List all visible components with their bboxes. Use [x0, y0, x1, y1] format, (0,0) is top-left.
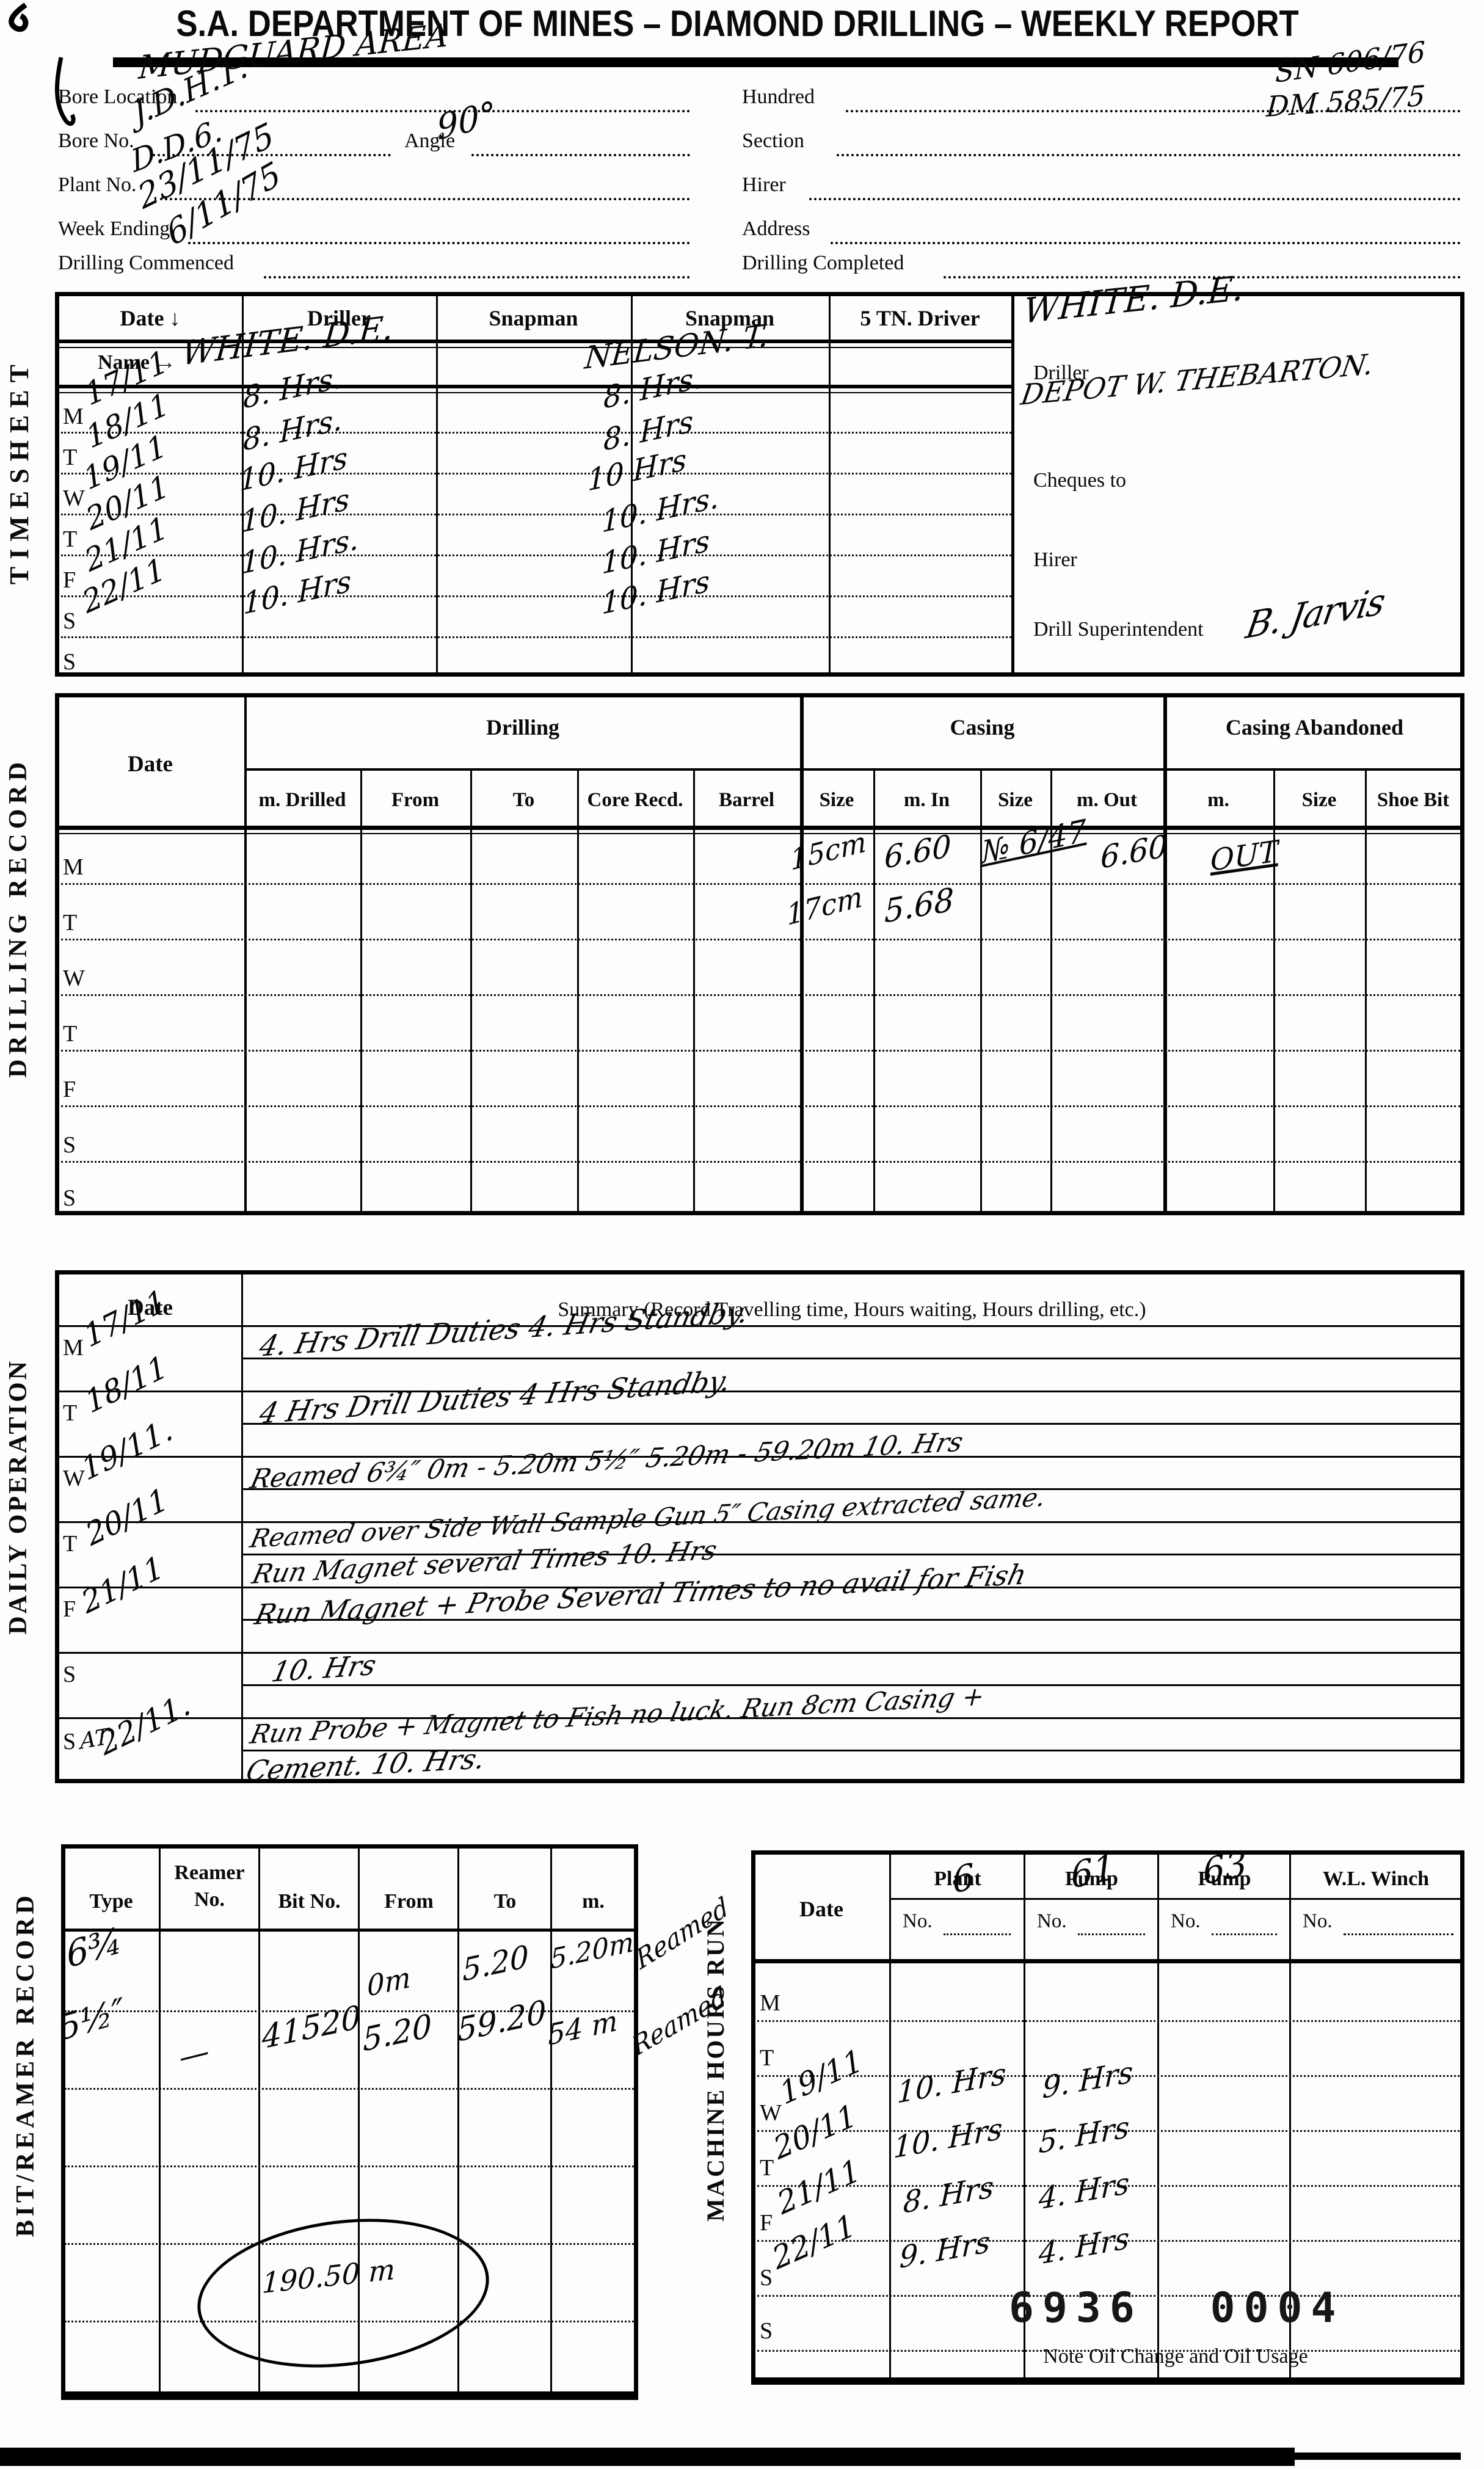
- subcol-shoe-bit: Shoe Bit: [1366, 789, 1460, 812]
- section-line: [837, 154, 1461, 156]
- timesheet-panel-divider: [1011, 296, 1014, 672]
- timesheet-day: S: [63, 608, 76, 635]
- machine-no-line: [1212, 1933, 1277, 1935]
- drilling-day: S: [63, 1185, 76, 1212]
- drilling-sub-divider: [577, 771, 579, 1211]
- timesheet-name-rule: [59, 392, 1011, 393]
- machine-no-label: No.: [1037, 1910, 1067, 1933]
- timesheet-row-line: [61, 432, 1011, 434]
- daily-mid-line: [241, 1488, 1460, 1490]
- address-label: Address: [742, 217, 810, 241]
- abandoned-group-label: Casing Abandoned: [1167, 715, 1462, 740]
- drilling-day: F: [63, 1076, 76, 1103]
- drilling-sub-divider: [1365, 771, 1367, 1211]
- plant-no-hw: 6: [951, 1855, 976, 1902]
- drilling-day: S: [63, 1132, 76, 1158]
- panel-superintendent-label: Drill Superintendent: [1033, 618, 1204, 641]
- drilling-day: T: [63, 909, 77, 936]
- machine-day: M: [760, 1990, 780, 2016]
- daily-block-line: [59, 1325, 1460, 1327]
- daily-date-divider: [241, 1274, 243, 1779]
- drilling-sub-divider: [693, 771, 695, 1211]
- timesheet-col-divider: [436, 296, 438, 672]
- drilling-completed-label: Drilling Completed: [742, 252, 904, 275]
- machine-header-rule: [755, 1959, 1460, 1963]
- subcol-core-recd: Core Recd.: [578, 789, 692, 812]
- drilling-day: T: [63, 1020, 77, 1047]
- timesheet-day: T: [63, 444, 77, 471]
- daily-mid-line: [241, 1358, 1460, 1359]
- timesheet-col-snapman1: Snapman: [440, 305, 627, 331]
- drilling-commenced-line: [264, 276, 690, 278]
- machine-day: T: [760, 2045, 774, 2071]
- drilling-date-divider: [244, 697, 247, 1211]
- daily-day: W: [63, 1465, 85, 1492]
- bit-header-rule: [64, 1929, 634, 1932]
- drilling-day: M: [63, 854, 84, 881]
- daily-day: T: [63, 1400, 77, 1427]
- bit-col-from: From: [360, 1890, 457, 1913]
- panel-hirer-label: Hirer: [1033, 548, 1077, 572]
- drilling-day: W: [63, 965, 85, 992]
- timesheet-row-line: [61, 555, 1011, 556]
- timesheet-day: F: [63, 567, 76, 594]
- daily-mid-line: [241, 1684, 1460, 1686]
- subcol-size-out: Size: [981, 789, 1049, 812]
- group-header-rule: [244, 768, 1460, 771]
- machine-day: T: [760, 2154, 774, 2181]
- timesheet-section-label: TIMESHEET: [4, 357, 35, 584]
- timesheet-day: M: [63, 403, 84, 430]
- machine-label-rule: [889, 1898, 1460, 1900]
- angle-value: 90°: [435, 93, 497, 148]
- drilling-row-line: [61, 1050, 1460, 1052]
- drilling-row-line: [61, 883, 1460, 885]
- machine-date-label: Date: [754, 1896, 889, 1922]
- drilling-header-rule: [59, 826, 1460, 830]
- machine-day: W: [760, 2100, 782, 2126]
- weekly-report-scan: S.A. DEPARTMENT OF MINES – DIAMOND DRILL…: [0, 0, 1484, 2469]
- timesheet-name-rule: [59, 385, 1011, 388]
- machine-no-line: [1078, 1933, 1145, 1935]
- angle-line: [471, 154, 690, 156]
- drilling-sub-divider: [873, 771, 875, 1211]
- casing-group-divider: [800, 697, 804, 1211]
- subcol-m-drilled: m. Drilled: [246, 789, 359, 812]
- address-line: [831, 242, 1461, 244]
- timesheet-day: S: [63, 649, 76, 675]
- bit-col-m: m.: [553, 1890, 634, 1913]
- machine-hours-section-label: MACHINE HOURS RUN: [701, 1918, 730, 2222]
- daily-day: F: [63, 1596, 76, 1623]
- section-label: Section: [742, 129, 804, 153]
- timesheet-row-line: [61, 636, 1011, 638]
- timesheet-row-line: [61, 473, 1011, 475]
- panel-cheques-label: Cheques to: [1033, 469, 1126, 492]
- drilling-row-line: [61, 1161, 1460, 1163]
- bit-row-line: [65, 2088, 634, 2090]
- drilling-row-line: [61, 939, 1460, 940]
- machine-row-line: [757, 2020, 1460, 2022]
- abandoned-group-divider: [1163, 697, 1167, 1211]
- machine-col-winch: W.L. Winch: [1292, 1867, 1460, 1891]
- hundred-line: [846, 110, 1461, 112]
- drilling-record-section-label: DRILLING RECORD: [4, 757, 33, 1078]
- timesheet-day: W: [63, 485, 85, 512]
- machine-no-label: No.: [1303, 1910, 1333, 1933]
- drilling-sub-divider: [360, 771, 362, 1211]
- bit-col-type: Type: [64, 1890, 159, 1913]
- oil-note: Note Oil Change and Oil Usage: [892, 2345, 1460, 2368]
- timesheet-row-line: [61, 514, 1011, 515]
- machine-no-line: [944, 1933, 1011, 1935]
- bit-col-bit-no: Bit No.: [261, 1890, 358, 1913]
- week-ending-line: [188, 242, 690, 244]
- daily-operation-section-label: DAILY OPERATION: [4, 1359, 33, 1635]
- machine-no-line: [1344, 1933, 1453, 1935]
- machine-no-label: No.: [1171, 1910, 1201, 1933]
- timesheet-col-date: Date ↓: [59, 305, 242, 331]
- subcol-barrel: Barrel: [694, 789, 799, 812]
- hirer-top-label: Hirer: [742, 173, 786, 197]
- bit-col-to: To: [460, 1890, 550, 1913]
- drilling-row-line: [61, 1105, 1460, 1107]
- daily-block-line: [59, 1391, 1460, 1392]
- hirer-top-line: [809, 198, 1461, 200]
- machine-col-divider: [889, 1855, 891, 2380]
- subcol-abandoned-size: Size: [1275, 789, 1364, 812]
- timesheet-day: T: [63, 526, 77, 553]
- daily-block-line: [59, 1652, 1460, 1654]
- bottom-section-bar: [0, 2448, 1295, 2466]
- subcol-m-out: m. Out: [1052, 789, 1162, 812]
- daily-day: S: [63, 1661, 76, 1688]
- machine-no-label: No.: [903, 1910, 933, 1933]
- week-ending-label: Week Ending: [58, 217, 170, 241]
- drilling-header-rule: [59, 833, 1460, 834]
- bit-col-reamer-no: Reamer No.: [164, 1860, 255, 1913]
- timesheet-col-divider: [829, 296, 831, 672]
- bit-row-line: [65, 2165, 634, 2167]
- subcol-from: From: [362, 789, 469, 812]
- drilling-sub-divider: [470, 771, 472, 1211]
- bottom-section-bar: [1295, 2453, 1461, 2460]
- machine-day: S: [760, 2264, 773, 2291]
- drilling-group-label: Drilling: [248, 715, 798, 740]
- serial-stamp: 6936 0004: [1009, 2284, 1344, 2332]
- hundred-label: Hundred: [742, 85, 815, 109]
- casing-group-label: Casing: [804, 715, 1161, 740]
- daily-day: S: [63, 1728, 76, 1755]
- machine-day: S: [760, 2318, 773, 2344]
- timesheet-col-driver: 5 TN. Driver: [833, 305, 1007, 331]
- subcol-abandoned-m: m.: [1165, 789, 1272, 812]
- drilling-row-line: [61, 994, 1460, 996]
- plant-no-label: Plant No.: [58, 173, 136, 197]
- bore-no-label: Bore No.: [58, 129, 134, 153]
- bit-reamer-section-label: BIT/REAMER RECORD: [11, 1892, 40, 2237]
- drilling-record-table: [55, 693, 1464, 1215]
- drilling-commenced-label: Drilling Commenced: [58, 252, 234, 275]
- daily-mid-line: [241, 1423, 1460, 1425]
- subcol-size-in: Size: [801, 789, 872, 812]
- subcol-m-in: m. In: [875, 789, 979, 812]
- daily-day: T: [63, 1530, 77, 1557]
- daily-day: M: [63, 1334, 84, 1361]
- timesheet-row-line: [61, 595, 1011, 597]
- subcol-to: To: [471, 789, 576, 812]
- drilling-date-label: Date: [59, 751, 242, 777]
- machine-day: F: [760, 2209, 773, 2236]
